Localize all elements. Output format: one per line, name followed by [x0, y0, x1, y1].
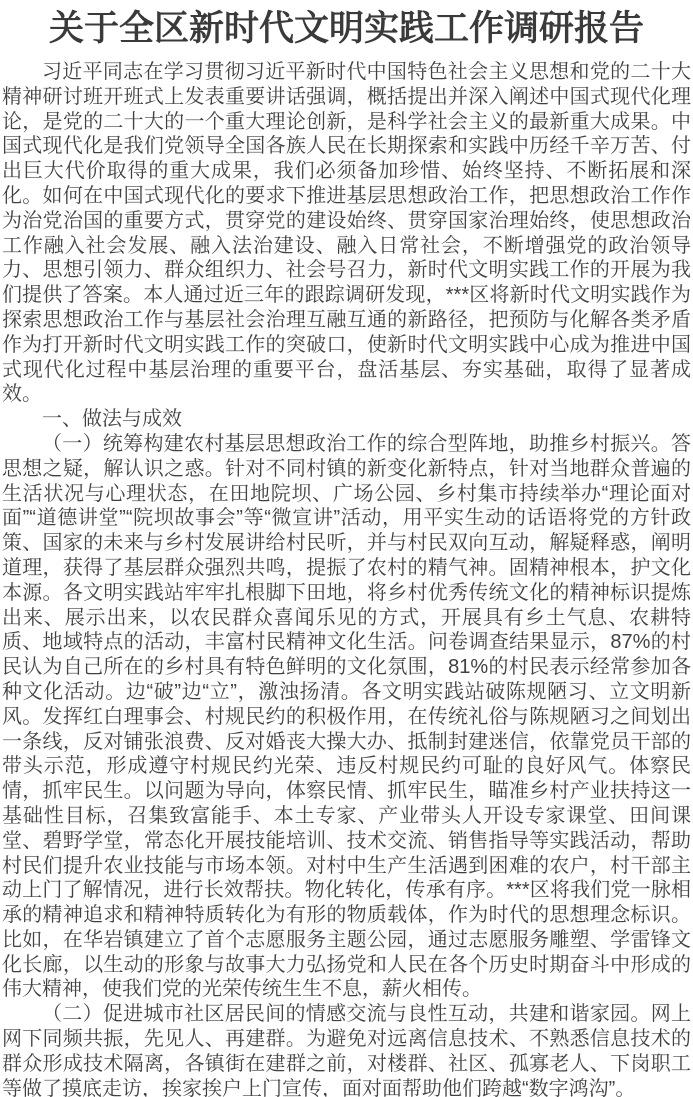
section-heading-methods-results: 一、做法与成效 [2, 407, 691, 432]
report-body: 习近平同志在学习贯彻习近平新时代中国特色社会主义思想和党的二十大精神研讨班开班式… [2, 60, 691, 1097]
report-title: 关于全区新时代文明实践工作调研报告 [2, 5, 691, 52]
report-document: 关于全区新时代文明实践工作调研报告 习近平同志在学习贯彻习近平新时代中国特色社会… [0, 0, 693, 1097]
report-paragraph-rural-practice: （一）统筹构建农村基层思想政治工作的综合型阵地，助推乡村振兴。答思想之疑，解认识… [2, 432, 691, 1002]
report-paragraph-urban-community: （二）促进城市社区居民间的情感交流与良性互动，共建和谐家园。网上网下同频共振，先… [2, 1002, 691, 1097]
report-paragraph-intro: 习近平同志在学习贯彻习近平新时代中国特色社会主义思想和党的二十大精神研讨班开班式… [2, 60, 691, 407]
